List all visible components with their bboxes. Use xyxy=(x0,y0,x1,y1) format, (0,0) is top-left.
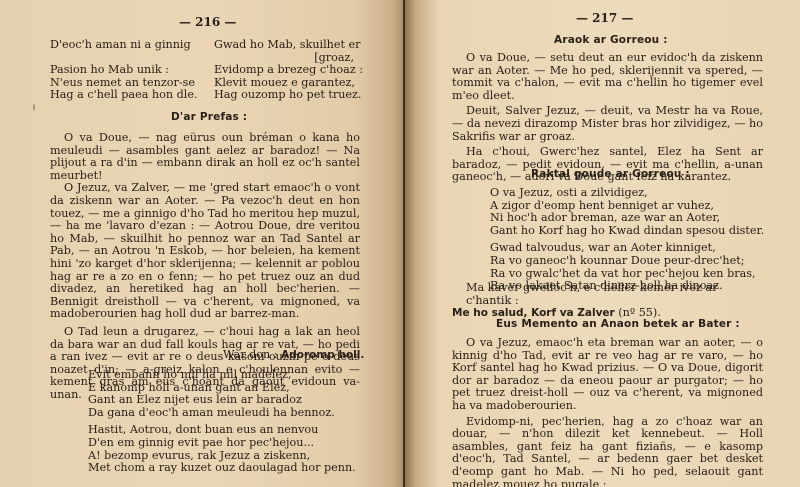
verse-line: Hag a c'hell paea hon dle. xyxy=(50,89,200,102)
paper-speck xyxy=(33,104,35,111)
paragraph: O va Doue, — setu deut an eur evidoc'h d… xyxy=(452,52,763,102)
page-217: — 217 — Araok ar Gorreou : O va Doue, — … xyxy=(404,0,800,487)
verse-line: Evidomp a brezeg c'hoaz : xyxy=(214,64,354,77)
section-title: Araok ar Gorreou : xyxy=(554,34,668,47)
book-spine xyxy=(403,0,405,487)
page-number: — 217 — xyxy=(576,12,633,25)
paragraph: Deuit, Salver Jezuz, — deuit, va Mestr h… xyxy=(452,105,763,143)
section-title: Eus Memento an Anaon betek ar Bater : xyxy=(496,318,740,331)
verse-line: Da gana d'eoc'h aman meuleudi ha bennoz. xyxy=(88,407,356,420)
section1-text: O va Doue, — setu deut an eur evidoc'h d… xyxy=(452,52,763,184)
rubric-prefix: War don : xyxy=(223,348,281,361)
verse-line: Pasion ho Mab unik : xyxy=(50,64,200,77)
note-text: Ma kaver gwelloc'h, e c'heller kemer ive… xyxy=(466,282,766,307)
verse-line: Gant an Elez nijet eus lein ar baradoz xyxy=(88,394,356,407)
page-number: — 216 — xyxy=(179,16,236,29)
verse-line: Gant ho Korf hag ho Kwad dindan spesou d… xyxy=(490,225,764,238)
verse-line: Gwad ho Mab, skuilhet er xyxy=(214,39,354,52)
verse-column-left: D'eoc'h aman ni a ginnig Pasion ho Mab u… xyxy=(50,39,200,102)
verse-line: D'en em ginnig evit pae hor pec'hejou... xyxy=(88,437,356,450)
rubric: War don : Adoromp holl. xyxy=(223,349,364,362)
paragraph: O va Doue, — nag eürus oun bréman o kana… xyxy=(50,132,360,182)
verse-line: Ni hoc'h ador breman, aze war an Aoter, xyxy=(490,212,764,225)
section-title: Raktal goude ar Gorreou : xyxy=(531,168,690,181)
verse-line: Hag ouzomp ho pet truez. xyxy=(214,89,354,102)
paragraph: O Jezuz, va Zalver, — me 'gred start ema… xyxy=(50,182,360,321)
verse-line: Evit embann ho mil ha mil madelez, xyxy=(88,369,356,382)
verse-column-right: Gwad ho Mab, skuilhet er [groaz, Evidomp… xyxy=(214,39,354,102)
note: Ma kaver gwelloc'h, e c'heller kemer ive… xyxy=(466,282,766,320)
verse-line: O va Jezuz, osti a zilvidigez, xyxy=(490,187,764,200)
paragraph: Evidomp-ni, pec'herien, hag a zo c'hoaz … xyxy=(452,416,763,487)
verse-line: Ra vo ganeoc'h kounnar Doue peur-drec'he… xyxy=(490,255,764,268)
page-216: — 216 — D'eoc'h aman ni a ginnig Pasion … xyxy=(0,0,404,487)
section2-verses: O va Jezuz, osti a zilvidigez, A zigor d… xyxy=(490,187,764,293)
verse-line: Met chom a ray kuzet ouz daoulagad hor p… xyxy=(88,462,356,475)
section3-text: O va Jezuz, emaoc'h eta breman war an ao… xyxy=(452,337,763,487)
rubric-hymn: Adoromp holl. xyxy=(281,349,364,361)
paragraph: O va Jezuz, emaoc'h eta breman war an ao… xyxy=(452,337,763,413)
hymn-verses: Evit embann ho mil ha mil madelez, E kan… xyxy=(88,369,356,475)
section-title: D'ar Prefas : xyxy=(171,111,247,124)
book-spread: — 216 — D'eoc'h aman ni a ginnig Pasion … xyxy=(0,0,800,487)
verse-line: D'eoc'h aman ni a ginnig xyxy=(50,39,200,52)
